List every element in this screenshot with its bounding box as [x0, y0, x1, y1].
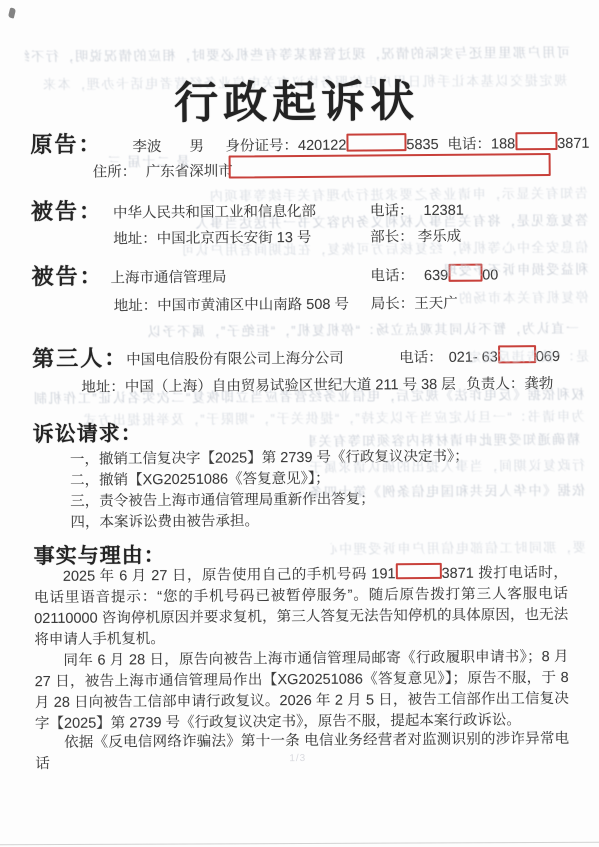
defendant1-role-label: 被告：	[31, 195, 103, 227]
third-party-head: 负责人：龚勃	[466, 372, 553, 394]
defendant2-phone-label: 电话：	[370, 268, 414, 284]
defendant1-address-label: 地址：	[113, 231, 157, 247]
claim-item-1: 一，撤销工信复决字【2025】第 2739 号《行政复议决定书》；	[70, 445, 469, 469]
defendant1-head-label: 部长：	[370, 229, 414, 245]
plaintiff-phone-suffix: 3871	[557, 136, 589, 152]
redaction-box-id	[346, 133, 406, 151]
defendant2-head: 局长：王天广	[371, 292, 458, 314]
third-party-phone-suffix: 069	[536, 349, 560, 365]
defendant1-phone: 电话：12381	[370, 199, 464, 221]
facts-paragraph-1: 2025 年 6 月 27 日，原告使用自己的手机号码 1913871 拨打电话…	[34, 562, 569, 651]
defendant2-address-label: 地址：	[114, 298, 158, 314]
plaintiff-phone-prefix: 188	[491, 136, 515, 152]
plaintiff-gender: 男	[189, 135, 204, 156]
scanned-document-page: 可用户那里里还与实际的情况，现过管辖某等有些机必要时，相应的情况说明，行不经 规…	[0, 0, 599, 847]
third-party-role-label: 第三人：	[32, 341, 128, 373]
defendant2-phone-prefix: 639	[424, 268, 448, 284]
third-party-head-value: 龚勃	[524, 376, 553, 392]
page-number: 1/3	[289, 753, 306, 764]
bleedthrough-text: 要，那同时工信部电信用户申诉受理中心之要求，业务申诉的处理部门与电信	[331, 539, 586, 558]
redaction-box-mobile-number	[396, 563, 442, 579]
third-party-head-label: 负责人：	[466, 376, 524, 392]
redaction-box-address	[229, 153, 551, 179]
claim-item-2: 二，撤销【XG20251086《答复意见》】；	[70, 467, 330, 490]
defendant2-name: 上海市通信管理局	[110, 266, 226, 288]
third-party-phone: 电话：021- 63069	[399, 345, 560, 367]
defendant1-name: 中华人民共和国工业和信息化部	[113, 200, 316, 223]
defendant1-phone-label: 电话：	[370, 203, 414, 219]
claim-item-4: 四，本案诉讼费由被告承担。	[70, 509, 259, 531]
third-party-address: 地址：中国（上海）自由贸易试验区世纪大道 211 号 38 层	[81, 373, 456, 397]
bleedthrough-text: 可用户那里里还与实际的情况，现过管辖某等有些机必要时，相应的情况说明，行不经	[25, 44, 570, 65]
claims-heading: 诉讼请求：	[33, 417, 143, 448]
third-party-phone-prefix: 021- 63	[449, 349, 498, 365]
plaintiff-id-prefix: 420122	[298, 138, 347, 154]
defendant1-block: 被告： 中华人民共和国工业和信息化部 电话：12381 地址：中国北京西长安街 …	[0, 191, 597, 254]
defendant2-head-value: 王天广	[414, 296, 458, 312]
third-party-address-value: 中国（上海）自由贸易试验区世纪大道 211 号 38 层	[125, 377, 456, 396]
redaction-box-phone	[498, 345, 536, 363]
claim-item-3: 三，责令被告上海市通信管理局重新作出答复；	[70, 487, 375, 510]
third-party-name: 中国电信股份有限公司上海分公司	[126, 347, 344, 370]
plaintiff-address-value: 广东省深圳市	[146, 160, 233, 182]
plaintiff-phone: 电话：1883871	[447, 132, 589, 154]
third-party-phone-label: 电话：	[399, 350, 443, 366]
defendant1-address-value: 中国北京西长安街 13 号	[157, 230, 312, 247]
defendant1-head: 部长：李乐成	[370, 225, 461, 247]
plaintiff-id: 身份证号：4201225835	[225, 133, 438, 156]
defendant1-phone-value: 12381	[423, 203, 463, 219]
plaintiff-name: 李波	[132, 135, 161, 156]
facts-heading: 事实与理由：	[34, 539, 166, 570]
defendant2-role-label: 被告：	[31, 260, 103, 292]
redaction-box-phone	[515, 132, 557, 150]
defendant1-head-value: 李乐成	[418, 229, 462, 245]
document-title: 行政起诉状	[0, 64, 596, 133]
plaintiff-address-label: 住所：	[93, 160, 137, 181]
defendant1-address: 地址：中国北京西长安街 13 号	[113, 226, 311, 249]
plaintiff-id-label: 身份证号：	[225, 138, 298, 155]
plaintiff-role-label: 原告：	[30, 128, 102, 160]
plaintiff-phone-label: 电话：	[447, 136, 491, 152]
redaction-box-phone	[448, 264, 482, 282]
defendant2-address: 地址：中国市黄浦区中山南路 508 号	[114, 293, 349, 316]
third-party-address-label: 地址：	[81, 379, 125, 395]
claims-list: 一，撤销工信复决字【2025】第 2739 号《行政复议决定书》； 二，撤销【X…	[0, 444, 599, 539]
plaintiff-id-suffix: 5835	[406, 137, 438, 153]
defendant2-phone: 电话：63900	[370, 263, 498, 285]
facts-paragraph-2: 同年 6 月 28 日，原告向被告上海市通信管理局邮寄《行政履职申请书》；8 月…	[34, 647, 569, 735]
defendant2-phone-suffix: 00	[482, 267, 498, 283]
defendant2-block: 被告： 上海市通信管理局 电话：63900 地址：中国市黄浦区中山南路 508 …	[0, 256, 598, 321]
defendant2-head-label: 局长：	[371, 296, 415, 312]
bleedthrough-text: 一直认为，暂不认同其观点立场：“停机复机”，“拒绝子”，属不予以	[119, 320, 579, 341]
defendant2-address-value: 中国市黄浦区中山南路 508 号	[157, 297, 349, 315]
plaintiff-block: 原告： 李波 男 身份证号：4201225835 电话：1883871 住所： …	[0, 124, 597, 187]
third-party-block: 第三人： 中国电信股份有限公司上海分公司 电话：021- 63069 地址：中国…	[0, 338, 598, 403]
